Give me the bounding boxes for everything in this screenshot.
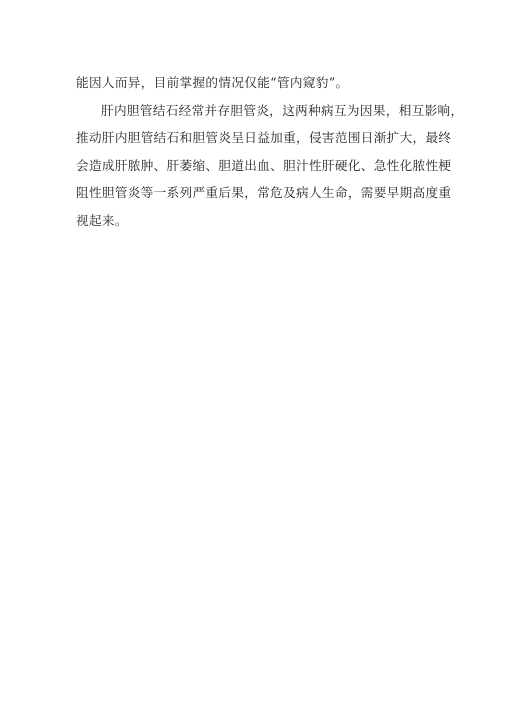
document-body: 能因人而异，目前掌握的情况仅能“管内窥豹”。 肝内胆管结石经常并存胆管炎，这两种… [76,69,436,235]
text-line: 肝内胆管结石经常并存胆管炎，这两种病互为因果，相互影响， [76,97,436,125]
text-line: 视起来。 [76,207,436,235]
paragraph-1: 能因人而异，目前掌握的情况仅能“管内窥豹”。 [76,69,436,97]
text-line: 阻性胆管炎等一系列严重后果，常危及病人生命，需要早期高度重 [76,179,436,207]
paragraph-2: 肝内胆管结石经常并存胆管炎，这两种病互为因果，相互影响， 推动肝内胆管结石和胆管… [76,97,436,235]
document-page: 能因人而异，目前掌握的情况仅能“管内窥豹”。 肝内胆管结石经常并存胆管炎，这两种… [0,0,508,720]
text-line: 推动肝内胆管结石和胆管炎呈日益加重，侵害范围日渐扩大，最终 [76,124,436,152]
text-line: 能因人而异，目前掌握的情况仅能“管内窥豹”。 [76,69,436,97]
text-line: 会造成肝脓肿、肝萎缩、胆道出血、胆汁性肝硬化、急性化脓性梗 [76,152,436,180]
